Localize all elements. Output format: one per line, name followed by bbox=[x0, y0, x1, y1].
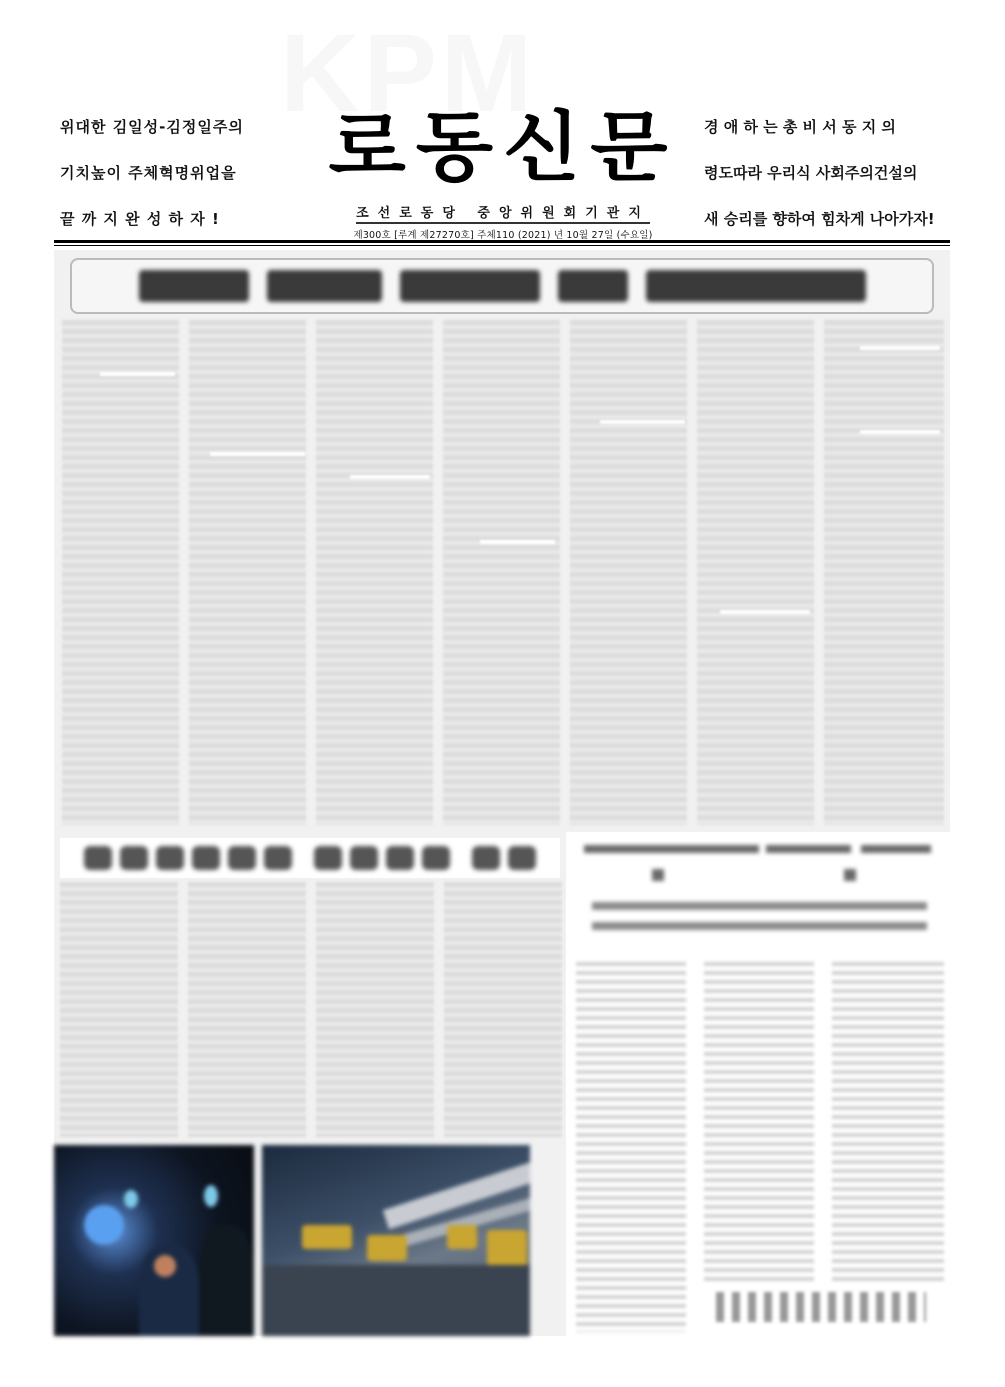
paragraph-break bbox=[350, 475, 430, 479]
slogan-right-line-2: 령도따라 우리식 사회주의건설의 bbox=[704, 150, 949, 196]
masthead: 로동신문 조선로동당 중앙위원회기관지 제300호 [루계 제27270호] 주… bbox=[318, 92, 688, 241]
notice-intro-line-2 bbox=[592, 922, 927, 930]
paragraph-break bbox=[100, 372, 175, 376]
lead-article-column-3 bbox=[316, 320, 433, 825]
headline-word-2 bbox=[267, 270, 382, 302]
second-article-column-1 bbox=[60, 882, 178, 1137]
headline-word-1 bbox=[139, 270, 249, 302]
notice-heading-part-1 bbox=[584, 845, 759, 853]
paragraph-break bbox=[720, 610, 810, 614]
paragraph-break bbox=[860, 430, 940, 434]
notice-marker-left bbox=[652, 869, 664, 881]
headline-word-3 bbox=[472, 846, 536, 870]
newspaper-subtitle: 조선로동당 중앙위원회기관지 bbox=[356, 202, 650, 224]
notice-marker-right bbox=[844, 869, 856, 881]
slogan-left-line-3: 끝 까 지 완 성 하 자 ! bbox=[60, 196, 300, 242]
headline-word-2 bbox=[314, 846, 450, 870]
lead-article-column-6 bbox=[697, 320, 814, 825]
headline-word-5 bbox=[646, 270, 866, 302]
lead-article-headline bbox=[70, 258, 934, 314]
notice-list-column-1 bbox=[576, 962, 686, 1332]
slogan-left: 위대한 김일성-김정일주의 기치높이 주체혁명위업을 끝 까 지 완 성 하 자… bbox=[60, 104, 300, 242]
slogan-right-line-1: 경 애 하 는 총 비 서 동 지 의 bbox=[704, 104, 949, 150]
issue-date-line: 제300호 [루계 제27270호] 주체110 (2021) 년 10월 27… bbox=[318, 227, 688, 241]
slogan-right-line-3: 새 승리를 향하여 힘차게 나아가자! bbox=[704, 196, 949, 242]
headline-word-4 bbox=[558, 270, 628, 302]
notice-signature-block bbox=[716, 1292, 926, 1322]
headline-word-1 bbox=[84, 846, 292, 870]
photo-mine-tunnel bbox=[262, 1145, 530, 1336]
second-article-column-4 bbox=[444, 882, 562, 1137]
masthead-rule-thin bbox=[54, 245, 950, 246]
notice-list-column-2 bbox=[704, 962, 814, 1282]
second-article-column-2 bbox=[188, 882, 306, 1137]
lead-article-column-7 bbox=[824, 320, 944, 825]
photo-miners bbox=[54, 1145, 254, 1336]
notice-list-column-3 bbox=[832, 962, 944, 1282]
second-article-column-3 bbox=[316, 882, 434, 1137]
paragraph-break bbox=[210, 452, 305, 456]
headline-word-3 bbox=[400, 270, 540, 302]
notice-heading-part-2 bbox=[766, 845, 851, 853]
paragraph-break bbox=[860, 346, 940, 350]
slogan-left-line-2: 기치높이 주체혁명위업을 bbox=[60, 150, 300, 196]
notice-heading-part-3 bbox=[861, 845, 931, 853]
lead-article-column-5 bbox=[570, 320, 687, 825]
newspaper-title: 로동신문 bbox=[318, 95, 688, 200]
slogan-left-line-1: 위대한 김일성-김정일주의 bbox=[60, 104, 300, 150]
paragraph-break bbox=[600, 420, 685, 424]
notice-article bbox=[566, 832, 950, 1337]
slogan-right: 경 애 하 는 총 비 서 동 지 의 령도따라 우리식 사회주의건설의 새 승… bbox=[704, 104, 949, 242]
second-article-headline bbox=[60, 838, 560, 878]
lead-article-column-2 bbox=[189, 320, 306, 825]
masthead-rule-thick bbox=[54, 240, 950, 243]
lead-article-column-1 bbox=[62, 320, 179, 825]
paragraph-break bbox=[480, 540, 555, 544]
lead-article-column-4 bbox=[443, 320, 560, 825]
notice-intro-line-1 bbox=[592, 902, 927, 910]
